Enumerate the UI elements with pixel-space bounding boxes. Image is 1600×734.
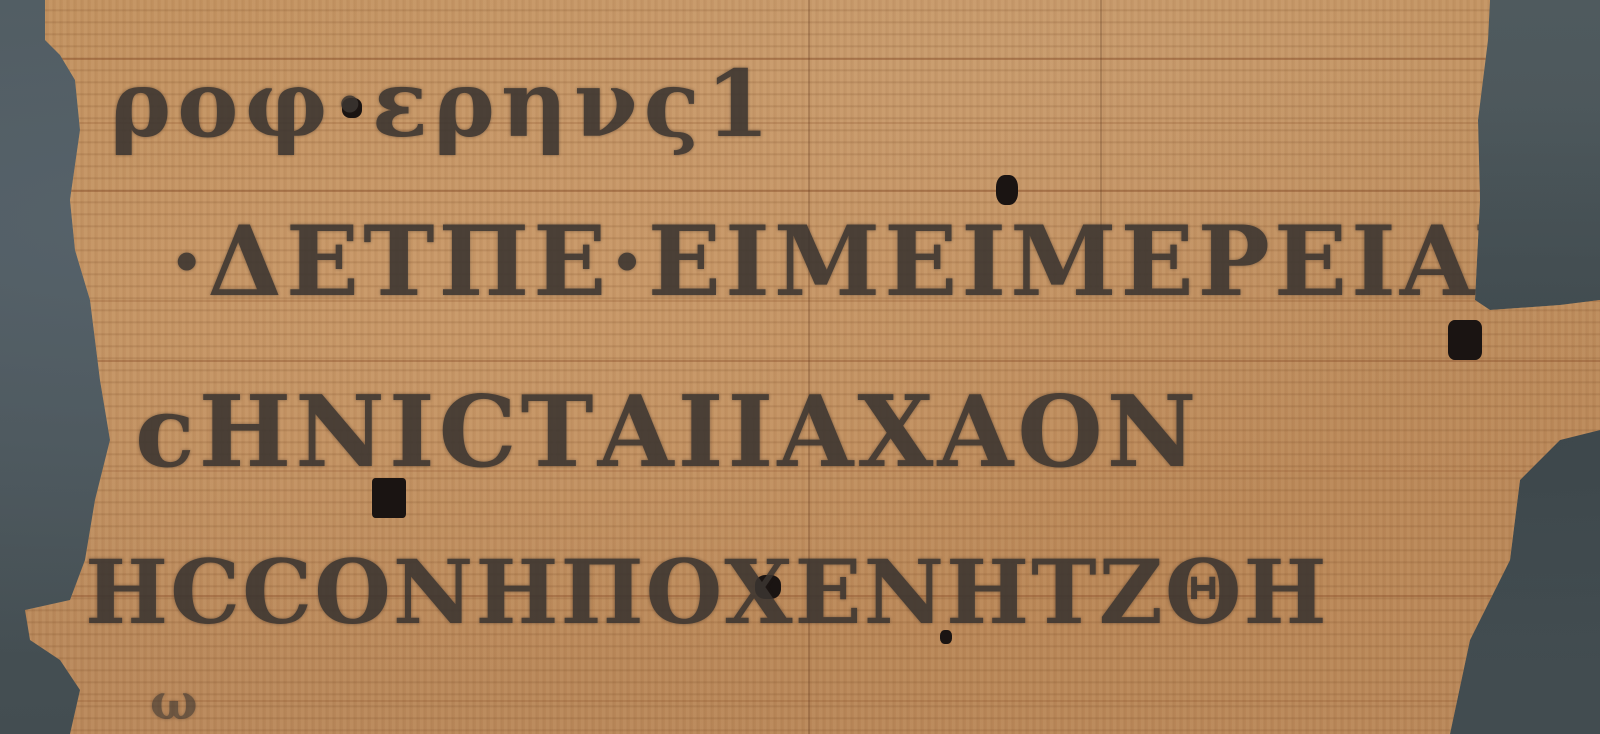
papyrus-hole [996,175,1018,205]
papyrus-hole [1448,320,1482,360]
script-line-3: ϲΗΝΙϹΤΑΙΙΑΧΑΟΝ [135,375,1200,490]
script-line-5: ω [150,672,210,731]
papyrus-fiber [0,360,1600,362]
papyrus-fiber [0,190,1600,192]
script-line-2: ·ΔΕΤΠΕ·ΕΙΜΕΙΜΕΡΕΙΑΥ [170,205,1551,318]
script-line-4: ΗϹϹΟΝΗΠΟΧΕΝΗΤΖΘΗ [85,540,1329,644]
papyrus-fragment: ροφ·ερηνς1 ·ΔΕΤΠΕ·ΕΙΜΕΙΜΕΡΕΙΑΥ ϲΗΝΙϹΤΑΙΙ… [0,0,1600,734]
script-line-1: ροφ·ερηνς1 [110,50,776,158]
papyrus-fiber [0,700,1600,702]
